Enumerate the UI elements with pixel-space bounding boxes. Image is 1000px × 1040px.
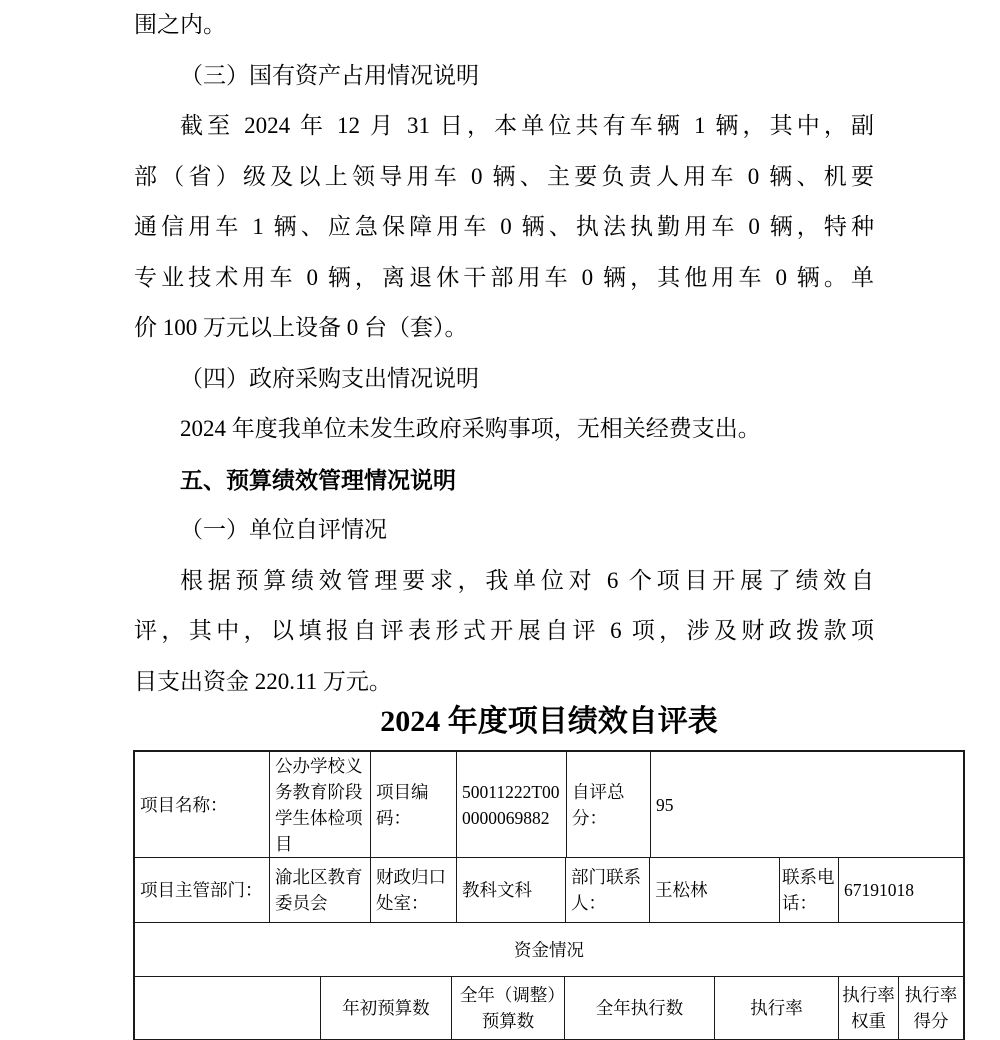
label-supervising-dept: 项目主管部门： [135, 858, 270, 922]
heading-budget-performance: 五、预算绩效管理情况说明 [134, 455, 874, 506]
paragraph-self-evaluation-1: 根据预算绩效管理要求，我单位对 6 个项目开展了绩效自 [134, 556, 874, 607]
fund-header-empty [135, 977, 321, 1039]
fund-header-rate-score: 执行率得分 [899, 977, 963, 1039]
label-contact-phone: 联系电话： [780, 858, 839, 922]
table-row-project-info: 项目名称： 公办学校义务教育阶段学生体检项目 项目编码： 50011222T00… [135, 752, 963, 858]
funds-section-header: 资金情况 [135, 923, 963, 976]
value-project-code: 50011222T000000069882 [457, 752, 567, 857]
heading-state-assets: （三）国有资产占用情况说明 [134, 51, 874, 102]
table-row-fund-headers: 年初预算数 全年（调整）预算数 全年执行数 执行率 执行率权重 执行率得分 [135, 977, 963, 1039]
paragraph-state-assets-5: 价 100 万元以上设备 0 台（套）。 [134, 303, 874, 354]
label-self-score: 自评总分： [567, 752, 651, 857]
self-eval-table-title: 2024 年度项目绩效自评表 [133, 700, 965, 744]
heading-self-evaluation: （一）单位自评情况 [134, 505, 874, 556]
fund-header-execution-rate: 执行率 [715, 977, 839, 1039]
paragraph-gov-procurement: 2024 年度我单位未发生政府采购事项，无相关经费支出。 [134, 404, 874, 455]
value-project-name: 公办学校义务教育阶段学生体检项目 [270, 752, 371, 857]
body-text: 围之内。 （三）国有资产占用情况说明 截至 2024 年 12 月 31 日，本… [134, 0, 874, 707]
table-row-funds-section: 资金情况 [135, 923, 963, 977]
paragraph-state-assets-3: 通信用车 1 辆、应急保障用车 0 辆、执法执勤用车 0 辆，特种 [134, 202, 874, 253]
value-self-score: 95 [651, 752, 963, 857]
value-finance-office: 教科文科 [457, 858, 566, 922]
fund-header-executed: 全年执行数 [565, 977, 715, 1039]
label-project-code: 项目编码： [371, 752, 457, 857]
value-supervising-dept: 渝北区教育委员会 [270, 858, 371, 922]
value-contact-phone: 67191018 [839, 858, 963, 922]
fund-header-rate-weight: 执行率权重 [839, 977, 899, 1039]
heading-gov-procurement: （四）政府采购支出情况说明 [134, 354, 874, 405]
paragraph-state-assets-4: 专业技术用车 0 辆，离退休干部用车 0 辆，其他用车 0 辆。单 [134, 253, 874, 304]
label-finance-office: 财政归口处室： [371, 858, 457, 922]
fund-header-adjusted-budget: 全年（调整）预算数 [452, 977, 565, 1039]
label-project-name: 项目名称： [135, 752, 270, 857]
self-eval-table: 项目名称： 公办学校义务教育阶段学生体检项目 项目编码： 50011222T00… [133, 750, 965, 1040]
document-page: 围之内。 （三）国有资产占用情况说明 截至 2024 年 12 月 31 日，本… [0, 0, 1000, 1040]
paragraph-self-evaluation-2: 评，其中，以填报自评表形式开展自评 6 项，涉及财政拨款项 [134, 606, 874, 657]
label-contact-person: 部门联系人： [566, 858, 650, 922]
paragraph-state-assets-1: 截至 2024 年 12 月 31 日，本单位共有车辆 1 辆，其中，副 [134, 101, 874, 152]
value-contact-person: 王松林 [650, 858, 780, 922]
paragraph-state-assets-2: 部（省）级及以上领导用车 0 辆、主要负责人用车 0 辆、机要 [134, 152, 874, 203]
fund-header-initial-budget: 年初预算数 [321, 977, 452, 1039]
table-row-department-info: 项目主管部门： 渝北区教育委员会 财政归口处室： 教科文科 部门联系人： 王松林… [135, 858, 963, 923]
paragraph-tail-scope: 围之内。 [134, 0, 874, 51]
